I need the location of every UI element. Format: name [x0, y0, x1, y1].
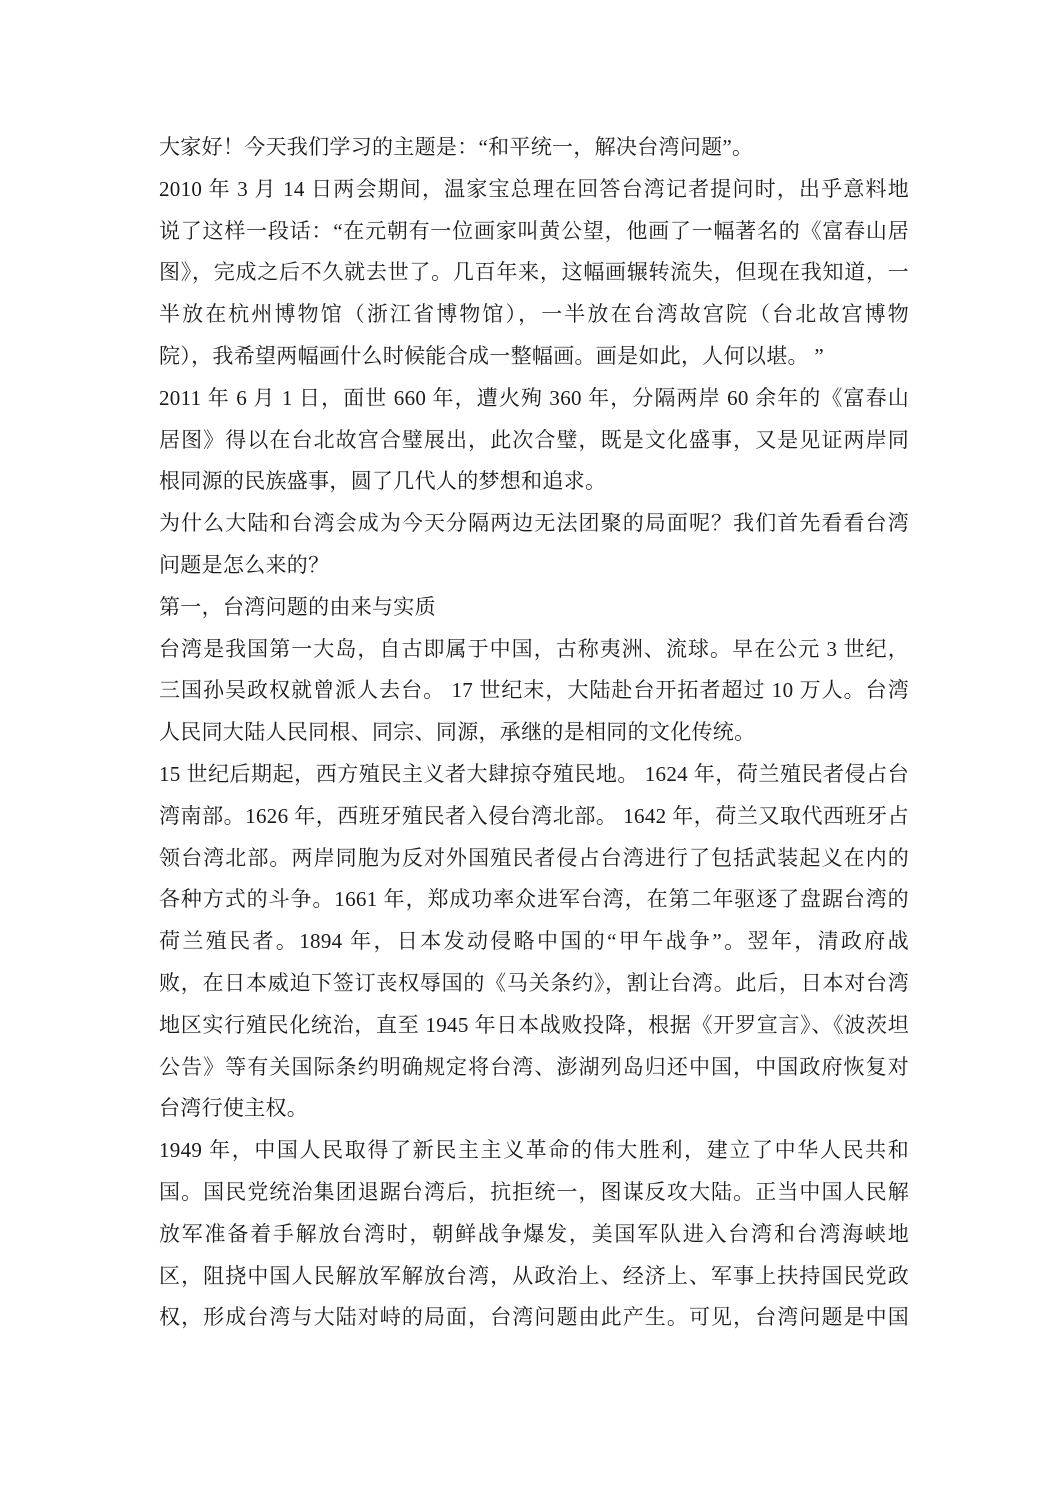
- paragraph: 2010 年 3 月 14 日两会期间，温家宝总理在回答台湾记者提问时，出乎意料…: [159, 169, 909, 378]
- text-line: 院），我希望两幅画什么时候能合成一整幅画。画是如此，人何以堪。 ”: [159, 336, 909, 378]
- text-line: 放军准备着手解放台湾时，朝鲜战争爆发，美国军队进入台湾和台湾海峡地: [159, 1214, 909, 1256]
- text-line: 区，阻挠中国人民解放军解放台湾，从政治上、经济上、军事上扶持国民党政: [159, 1256, 909, 1298]
- text-line: 说了这样一段话：“在元朝有一位画家叫黄公望，他画了一幅著名的《富春山居: [159, 211, 909, 253]
- text-line: 败，在日本威迫下签订丧权辱国的《马关条约》，割让台湾。此后，日本对台湾: [159, 963, 909, 1005]
- text-line: 人民同大陆人民同根、同宗、同源，承继的是相同的文化传统。: [159, 712, 909, 754]
- paragraph: 2011 年 6 月 1 日，面世 660 年，遭火殉 360 年，分隔两岸 6…: [159, 378, 909, 503]
- document-body-text: 大家好！今天我们学习的主题是：“和平统一，解决台湾问题”。2010 年 3 月 …: [159, 127, 909, 1339]
- text-line: 图》，完成之后不久就去世了。几百年来，这幅画辗转流失，但现在我知道，一: [159, 252, 909, 294]
- text-line: 地区实行殖民化统治，直至 1945 年日本战败投降，根据《开罗宣言》、《波茨坦: [159, 1005, 909, 1047]
- text-line: 各种方式的斗争。1661 年，郑成功率众进军台湾，在第二年驱逐了盘踞台湾的: [159, 879, 909, 921]
- text-line: 领台湾北部。两岸同胞为反对外国殖民者侵占台湾进行了包括武装起义在内的: [159, 838, 909, 880]
- text-line: 三国孙吴政权就曾派人去台。 17 世纪末，大陆赴台开拓者超过 10 万人。台湾: [159, 670, 909, 712]
- text-line: 15 世纪后期起，西方殖民主义者大肆掠夺殖民地。 1624 年，荷兰殖民者侵占台: [159, 754, 909, 796]
- text-line: 台湾行使主权。: [159, 1088, 909, 1130]
- text-line: 湾南部。1626 年，西班牙殖民者入侵台湾北部。 1642 年，荷兰又取代西班牙…: [159, 796, 909, 838]
- text-line: 问题是怎么来的？: [159, 545, 909, 587]
- paragraph: 为什么大陆和台湾会成为今天分隔两边无法团聚的局面呢？我们首先看看台湾问题是怎么来…: [159, 503, 909, 587]
- text-line: 权，形成台湾与大陆对峙的局面，台湾问题由此产生。可见，台湾问题是中国: [159, 1297, 909, 1339]
- paragraph: 台湾是我国第一大岛，自古即属于中国，古称夷洲、流球。早在公元 3 世纪，三国孙吴…: [159, 629, 909, 754]
- paragraph: 大家好！今天我们学习的主题是：“和平统一，解决台湾问题”。: [159, 127, 909, 169]
- text-line: 居图》得以在台北故宫合璧展出，此次合璧，既是文化盛事，又是见证两岸同: [159, 420, 909, 462]
- text-line: 国。国民党统治集团退踞台湾后，抗拒统一，图谋反攻大陆。正当中国人民解: [159, 1172, 909, 1214]
- text-line: 台湾是我国第一大岛，自古即属于中国，古称夷洲、流球。早在公元 3 世纪，: [159, 629, 909, 671]
- paragraph: 第一，台湾问题的由来与实质: [159, 587, 909, 629]
- paragraph: 15 世纪后期起，西方殖民主义者大肆掠夺殖民地。 1624 年，荷兰殖民者侵占台…: [159, 754, 909, 1130]
- text-line: 公告》等有关国际条约明确规定将台湾、澎湖列岛归还中国，中国政府恢复对: [159, 1047, 909, 1089]
- text-line: 第一，台湾问题的由来与实质: [159, 587, 909, 629]
- text-line: 大家好！今天我们学习的主题是：“和平统一，解决台湾问题”。: [159, 127, 909, 169]
- text-line: 根同源的民族盛事，圆了几代人的梦想和追求。: [159, 461, 909, 503]
- paragraph: 1949 年，中国人民取得了新民主主义革命的伟大胜利，建立了中华人民共和国。国民…: [159, 1130, 909, 1339]
- text-line: 2011 年 6 月 1 日，面世 660 年，遭火殉 360 年，分隔两岸 6…: [159, 378, 909, 420]
- text-line: 2010 年 3 月 14 日两会期间，温家宝总理在回答台湾记者提问时，出乎意料…: [159, 169, 909, 211]
- text-line: 1949 年，中国人民取得了新民主主义革命的伟大胜利，建立了中华人民共和: [159, 1130, 909, 1172]
- text-line: 荷兰殖民者。1894 年，日本发动侵略中国的“甲午战争”。翌年，清政府战: [159, 921, 909, 963]
- text-line: 为什么大陆和台湾会成为今天分隔两边无法团聚的局面呢？我们首先看看台湾: [159, 503, 909, 545]
- document-page: 大家好！今天我们学习的主题是：“和平统一，解决台湾问题”。2010 年 3 月 …: [0, 0, 1059, 1497]
- text-line: 半放在杭州博物馆（浙江省博物馆），一半放在台湾故宫院（台北故宫博物: [159, 294, 909, 336]
